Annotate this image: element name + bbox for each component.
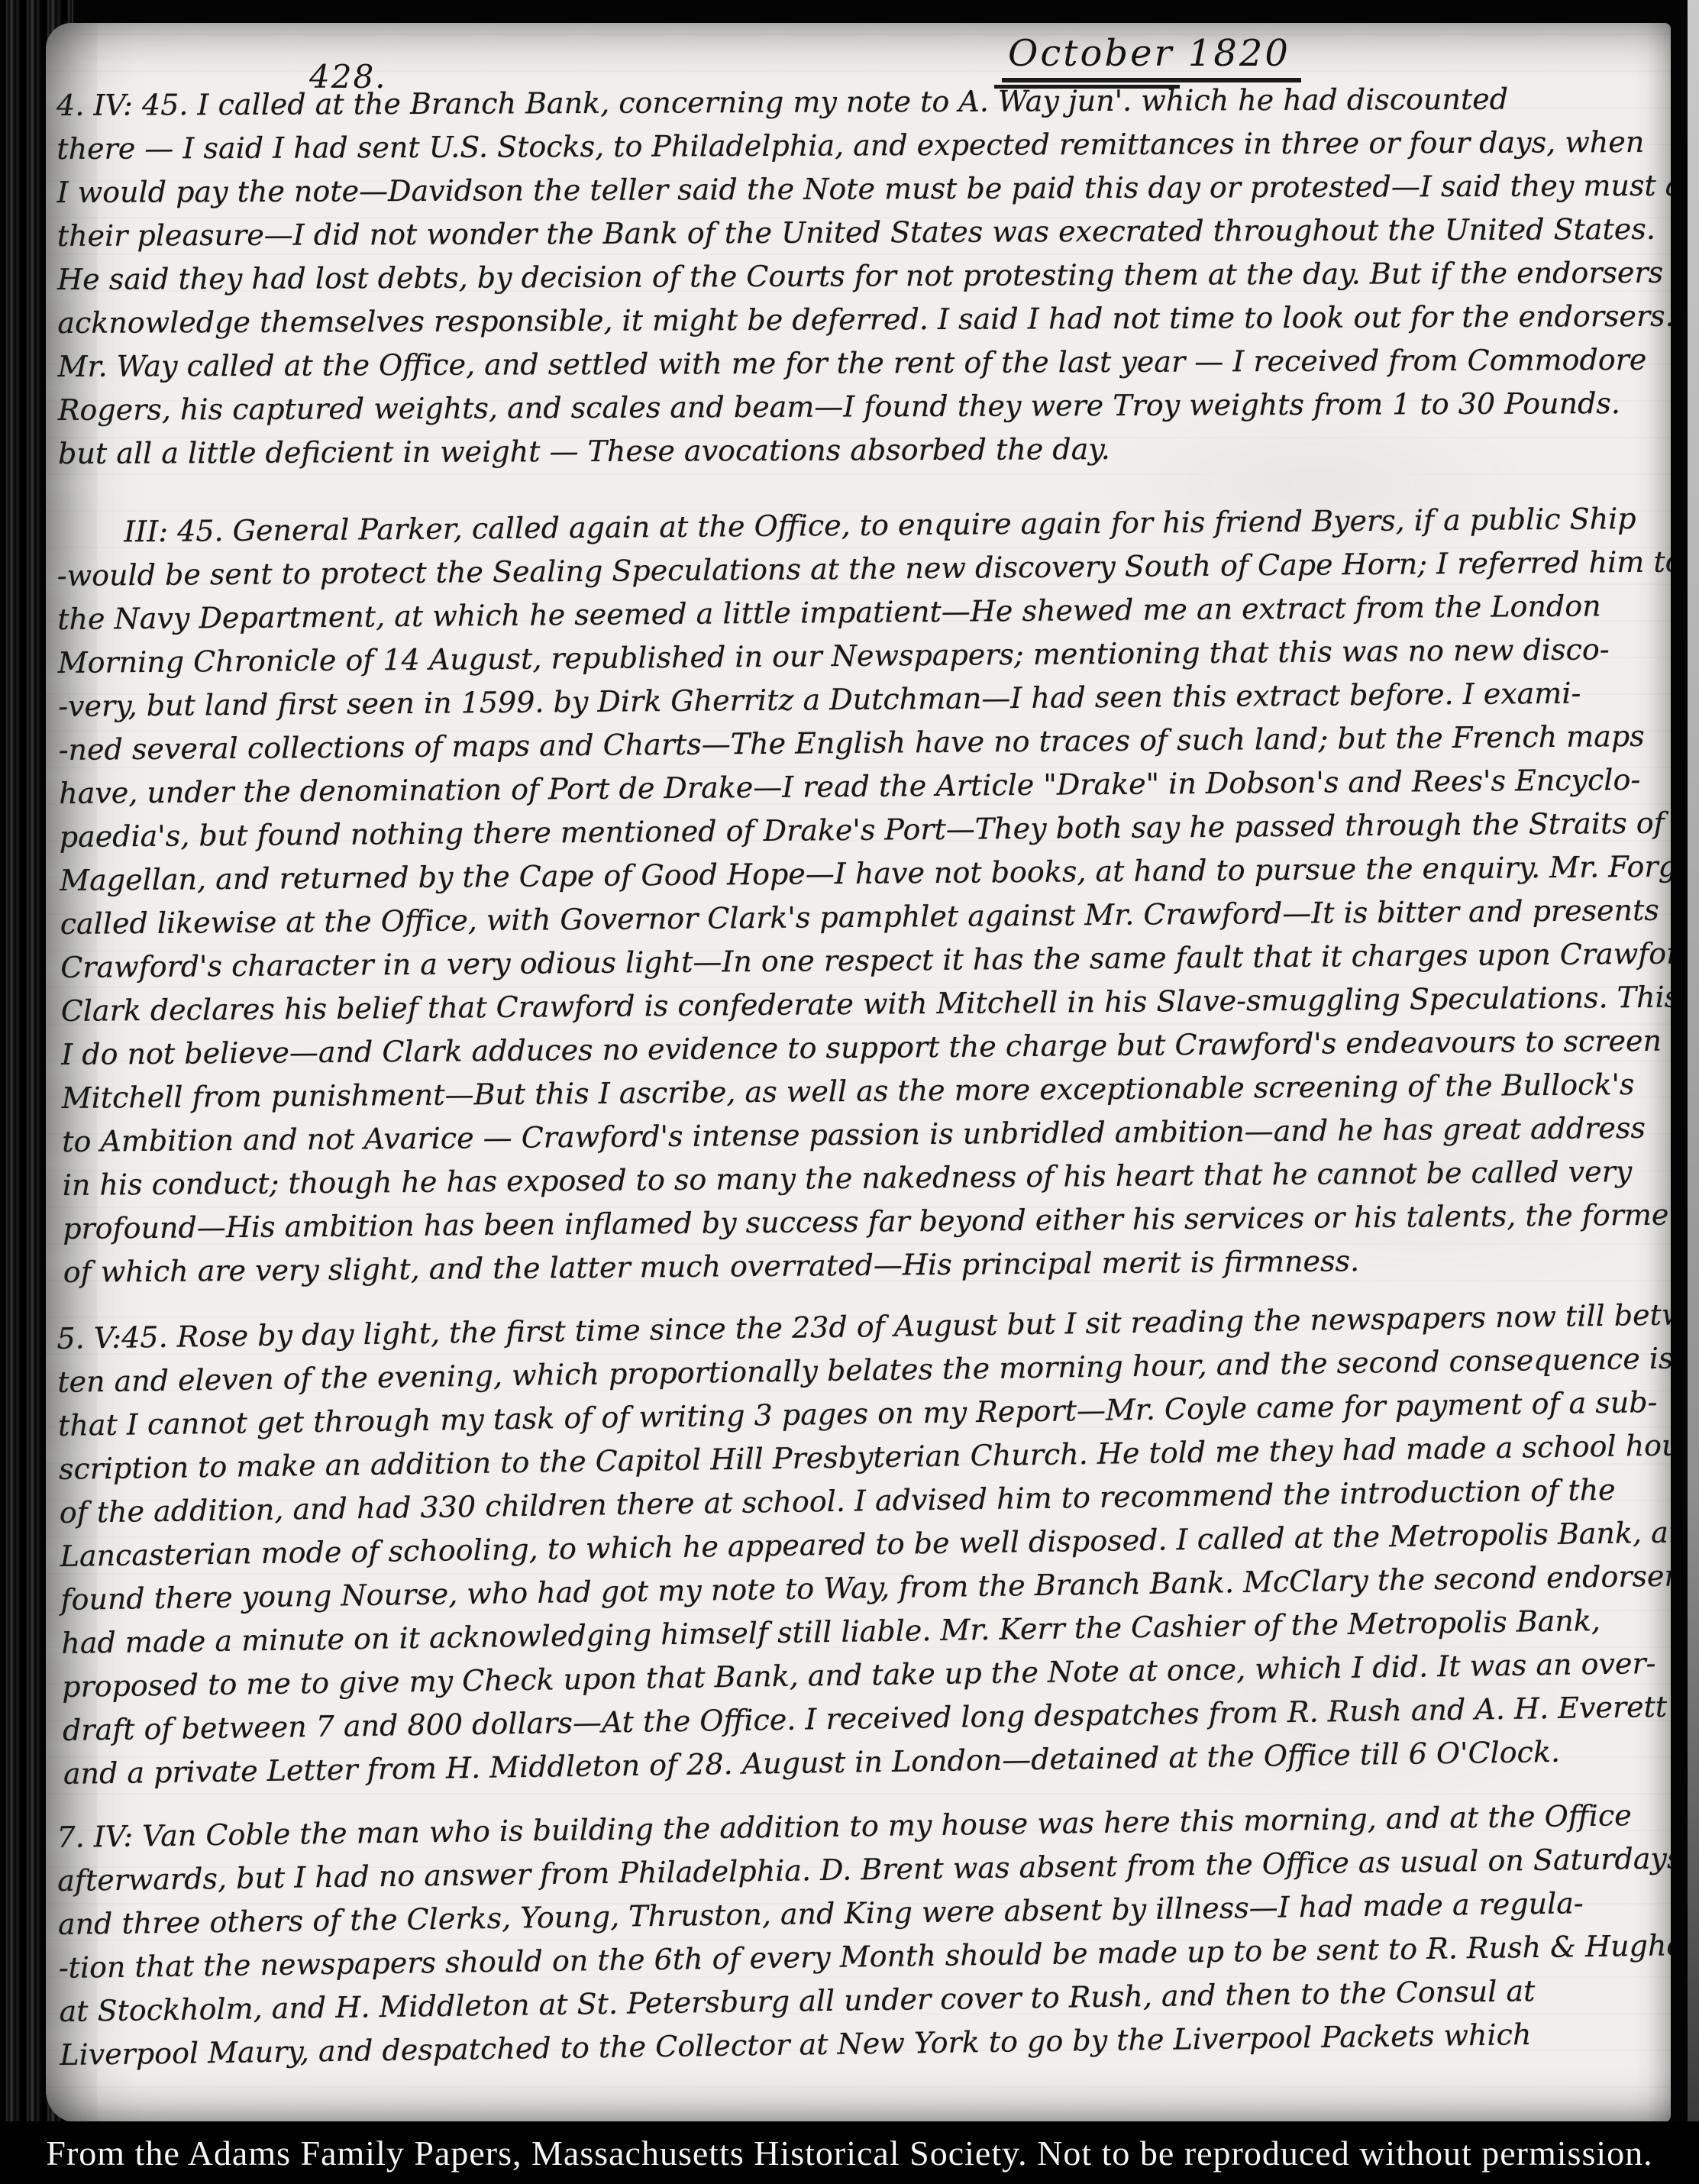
manuscript-line: Rogers, his captured weights, and scales… — [58, 382, 1665, 432]
manuscript-line: acknowledge themselves responsible, it m… — [57, 295, 1664, 345]
diary-entry: 4. IV: 45. I called at the Branch Bank, … — [57, 77, 1665, 476]
manuscript-line: Mr. Way called at the Office, and settle… — [57, 338, 1664, 389]
manuscript-line: 4. IV: 45. I called at the Branch Bank, … — [57, 77, 1663, 128]
diary-page: 428. October 1820 4. IV: 45. I called at… — [46, 23, 1671, 2123]
manuscript-line: I would pay the note—Davidson the teller… — [57, 164, 1663, 215]
month-header: October 1820 — [1002, 32, 1301, 82]
manuscript-line: there — I said I had sent U.S. Stocks, t… — [57, 121, 1663, 171]
credit-band: From the Adams Family Papers, Massachuse… — [0, 2121, 1699, 2184]
manuscript-line: He said they had lost debts, by decision… — [57, 251, 1664, 302]
diary-entries: 4. IV: 45. I called at the Branch Bank, … — [57, 84, 1663, 2077]
diary-entry: 5. V:45. Rose by day light, the first ti… — [57, 1294, 1670, 1796]
scanned-manuscript: 428. October 1820 4. IV: 45. I called at… — [0, 0, 1699, 2184]
diary-entry: III: 45. General Parker, called again at… — [57, 497, 1670, 1294]
diary-entry: 7. IV: Van Coble the man who is building… — [57, 1794, 1667, 2077]
credit-line: From the Adams Family Papers, Massachuse… — [46, 2133, 1652, 2173]
adjacent-page-edge — [1688, 0, 1699, 2124]
manuscript-line: their pleasure—I did not wonder the Bank… — [57, 208, 1664, 258]
manuscript-line: but all a little deficient in weight — T… — [58, 425, 1665, 476]
